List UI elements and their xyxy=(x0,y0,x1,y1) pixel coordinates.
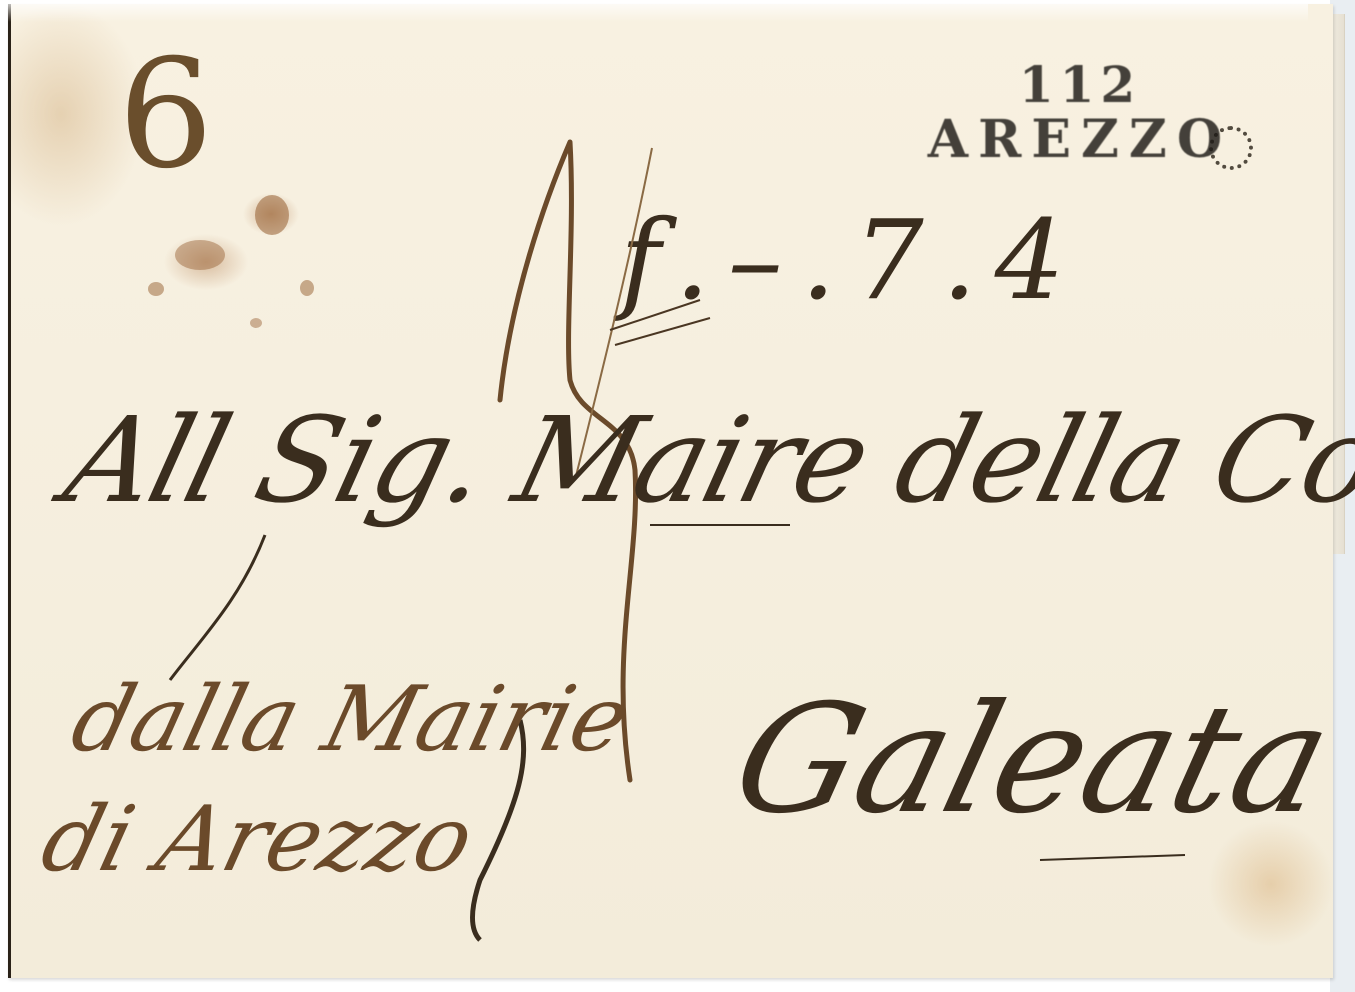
address-line-1: All Sig. Maire della Comune di xyxy=(51,385,1355,535)
sender-note-line-1: dalla Mairie xyxy=(60,660,641,780)
address-destination: Galeata xyxy=(713,650,1353,870)
sender-note-line-2: di Arezzo xyxy=(30,780,611,900)
sender-note: dalla Mairie di Arezzo xyxy=(30,660,641,900)
